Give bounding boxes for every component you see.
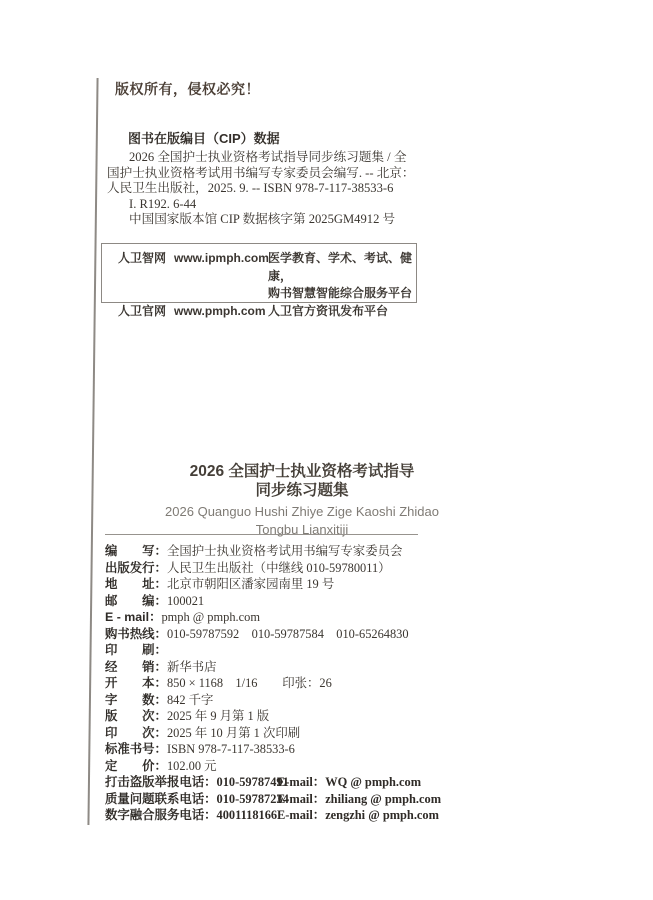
book-title-pinyin-line2: Tongbu Lianxitiji xyxy=(105,521,499,539)
hotline-email-label: E-mail： xyxy=(277,775,325,789)
hotline-left: 质量问题联系电话：010-59787234 xyxy=(105,791,277,808)
cip-data-block: 2026 全国护士执业资格考试指导同步练习题集 / 全 国护士执业资格考试用书编… xyxy=(107,150,437,228)
publication-value: 102.00 元 xyxy=(167,759,217,773)
platform-row: 购书智慧智能综合服务平台 xyxy=(118,285,416,303)
hotline-label: 打击盗版举报电话： xyxy=(105,774,217,791)
hotline-email: E-mail：zhiliang @ pmph.com xyxy=(277,791,441,808)
publication-row-price: 定 价：102.00 元 xyxy=(105,758,565,775)
publication-row-wordcount: 字 数：842 千字 xyxy=(105,692,565,709)
book-title-cn-line2: 同步练习题集 xyxy=(105,481,499,500)
publication-row-address: 地 址：北京市朝阳区潘家园南里 19 号 xyxy=(105,576,565,593)
publication-label: 印 次： xyxy=(105,726,167,740)
platform-row: 人卫官网 www.pmph.com 人卫官方资讯发布平台 xyxy=(118,303,416,321)
hotline-email-label: E-mail： xyxy=(277,808,325,822)
publication-label: 开 本： xyxy=(105,676,167,690)
hotline-phone: 4001118166 xyxy=(217,807,278,824)
publication-row-edition: 版 次：2025 年 9 月第 1 版 xyxy=(105,708,565,725)
hotline-left: 数字融合服务电话：4001118166 xyxy=(105,807,277,824)
platform-name xyxy=(118,285,174,303)
hotline-row-piracy: 打击盗版举报电话：010-59787491 E-mail：WQ @ pmph.c… xyxy=(105,774,565,791)
publication-row-email: E - mail：pmph @ pmph.com xyxy=(105,609,565,626)
publication-row-bianxie: 编 写：全国护士执业资格考试用书编写专家委员会 xyxy=(105,543,565,560)
publication-row-printer: 印 刷： xyxy=(105,642,565,659)
platform-url xyxy=(174,285,268,303)
cip-line: 2026 全国护士执业资格考试指导同步练习题集 / 全 xyxy=(107,150,437,166)
publication-label: 标准书号： xyxy=(105,742,167,756)
book-title-block: 2026 全国护士执业资格考试指导 同步练习题集 2026 Quanguo Hu… xyxy=(105,462,499,539)
publication-value: 010-59787592 010-59787584 010-65264830 xyxy=(167,627,409,641)
publication-row-printing: 印 次：2025 年 10 月第 1 次印刷 xyxy=(105,725,565,742)
copyright-notice: 版权所有，侵权必究！ xyxy=(115,79,260,99)
book-title-pinyin-line1: 2026 Quanguo Hushi Zhiye Zige Kaoshi Zhi… xyxy=(105,503,499,521)
publication-value: 100021 xyxy=(167,594,204,608)
cip-line: I. R192. 6-44 xyxy=(107,197,437,213)
copyright-page: { "colors": { "notice_text": "#4a3e35", … xyxy=(0,0,653,900)
hotline-row-digital: 数字融合服务电话：4001118166 E-mail：zengzhi @ pmp… xyxy=(105,807,565,824)
publication-row-isbn: 标准书号：ISBN 978-7-117-38533-6 xyxy=(105,741,565,758)
platform-name: 人卫智网 xyxy=(118,250,174,285)
hotline-row-quality: 质量问题联系电话：010-59787234 E-mail：zhiliang @ … xyxy=(105,791,565,808)
title-divider-rule xyxy=(105,534,418,535)
publication-row-order-hotline: 购书热线：010-59787592 010-59787584 010-65264… xyxy=(105,626,565,643)
publication-value: 北京市朝阳区潘家园南里 19 号 xyxy=(167,577,334,591)
publication-value: 新华书店 xyxy=(167,660,217,674)
platform-row: 人卫智网 www.ipmph.com 医学教育、学术、考试、健康， xyxy=(118,250,416,285)
platform-url: www.ipmph.com xyxy=(174,250,268,285)
publication-label: 字 数： xyxy=(105,693,167,707)
publication-label: 版 次： xyxy=(105,709,167,723)
publication-info-block: 编 写：全国护士执业资格考试用书编写专家委员会 出版发行：人民卫生出版社（中继线… xyxy=(105,543,565,824)
publisher-platforms-box: 人卫智网 www.ipmph.com 医学教育、学术、考试、健康， 购书智慧智能… xyxy=(101,243,417,303)
hotline-email-value: zhiliang @ pmph.com xyxy=(325,792,441,806)
platform-description: 人卫官方资讯发布平台 xyxy=(268,303,416,321)
publication-value: ISBN 978-7-117-38533-6 xyxy=(167,742,295,756)
hotline-email: E-mail：WQ @ pmph.com xyxy=(277,774,421,791)
hotline-email-value: WQ @ pmph.com xyxy=(325,775,421,789)
hotline-left: 打击盗版举报电话：010-59787491 xyxy=(105,774,277,791)
publication-label: 邮 编： xyxy=(105,594,167,608)
publication-label: 地 址： xyxy=(105,577,167,591)
publication-label: 经 销： xyxy=(105,660,167,674)
cip-line: 国护士执业资格考试用书编写专家委员会编写. -- 北京： xyxy=(107,166,437,182)
publication-value: 842 千字 xyxy=(167,693,213,707)
publication-label: E - mail： xyxy=(105,610,161,624)
publication-value: 全国护士执业资格考试用书编写专家委员会 xyxy=(167,544,402,558)
publication-row-format: 开 本：850 × 1168 1/16 印张：26 xyxy=(105,675,565,692)
platform-name: 人卫官网 xyxy=(118,303,174,321)
platform-url: www.pmph.com xyxy=(174,303,268,321)
cip-line: 中国国家版本馆 CIP 数据核字第 2025GM4912 号 xyxy=(107,212,437,228)
platform-description: 购书智慧智能综合服务平台 xyxy=(268,285,416,303)
hotline-email-label: E-mail： xyxy=(277,792,325,806)
publication-value: 2025 年 10 月第 1 次印刷 xyxy=(167,726,300,740)
publication-row-publisher: 出版发行：人民卫生出版社（中继线 010-59780011） xyxy=(105,560,565,577)
publication-label: 购书热线： xyxy=(105,627,167,641)
publication-label: 印 刷： xyxy=(105,643,167,657)
publication-value: 人民卫生出版社（中继线 010-59780011） xyxy=(167,561,391,575)
hotline-email: E-mail：zengzhi @ pmph.com xyxy=(277,807,439,824)
publication-row-postcode: 邮 编：100021 xyxy=(105,593,565,610)
publication-value: 850 × 1168 1/16 印张：26 xyxy=(167,676,332,690)
publication-label: 定 价： xyxy=(105,759,167,773)
hotline-label: 数字融合服务电话： xyxy=(105,807,217,824)
publication-label: 编 写： xyxy=(105,544,167,558)
cip-line: 人民卫生出版社，2025. 9. -- ISBN 978-7-117-38533… xyxy=(107,181,437,197)
publication-value: pmph @ pmph.com xyxy=(161,610,259,624)
publication-value: 2025 年 9 月第 1 版 xyxy=(167,709,269,723)
hotline-email-value: zengzhi @ pmph.com xyxy=(325,808,439,822)
platform-description: 医学教育、学术、考试、健康， xyxy=(268,250,416,285)
left-vertical-rule xyxy=(87,78,98,825)
publication-row-distributor: 经 销：新华书店 xyxy=(105,659,565,676)
cip-heading: 图书在版编目（CIP）数据 xyxy=(128,128,280,147)
hotline-label: 质量问题联系电话： xyxy=(105,791,217,808)
publication-label: 出版发行： xyxy=(105,561,167,575)
book-title-cn-line1: 2026 全国护士执业资格考试指导 xyxy=(105,462,499,481)
